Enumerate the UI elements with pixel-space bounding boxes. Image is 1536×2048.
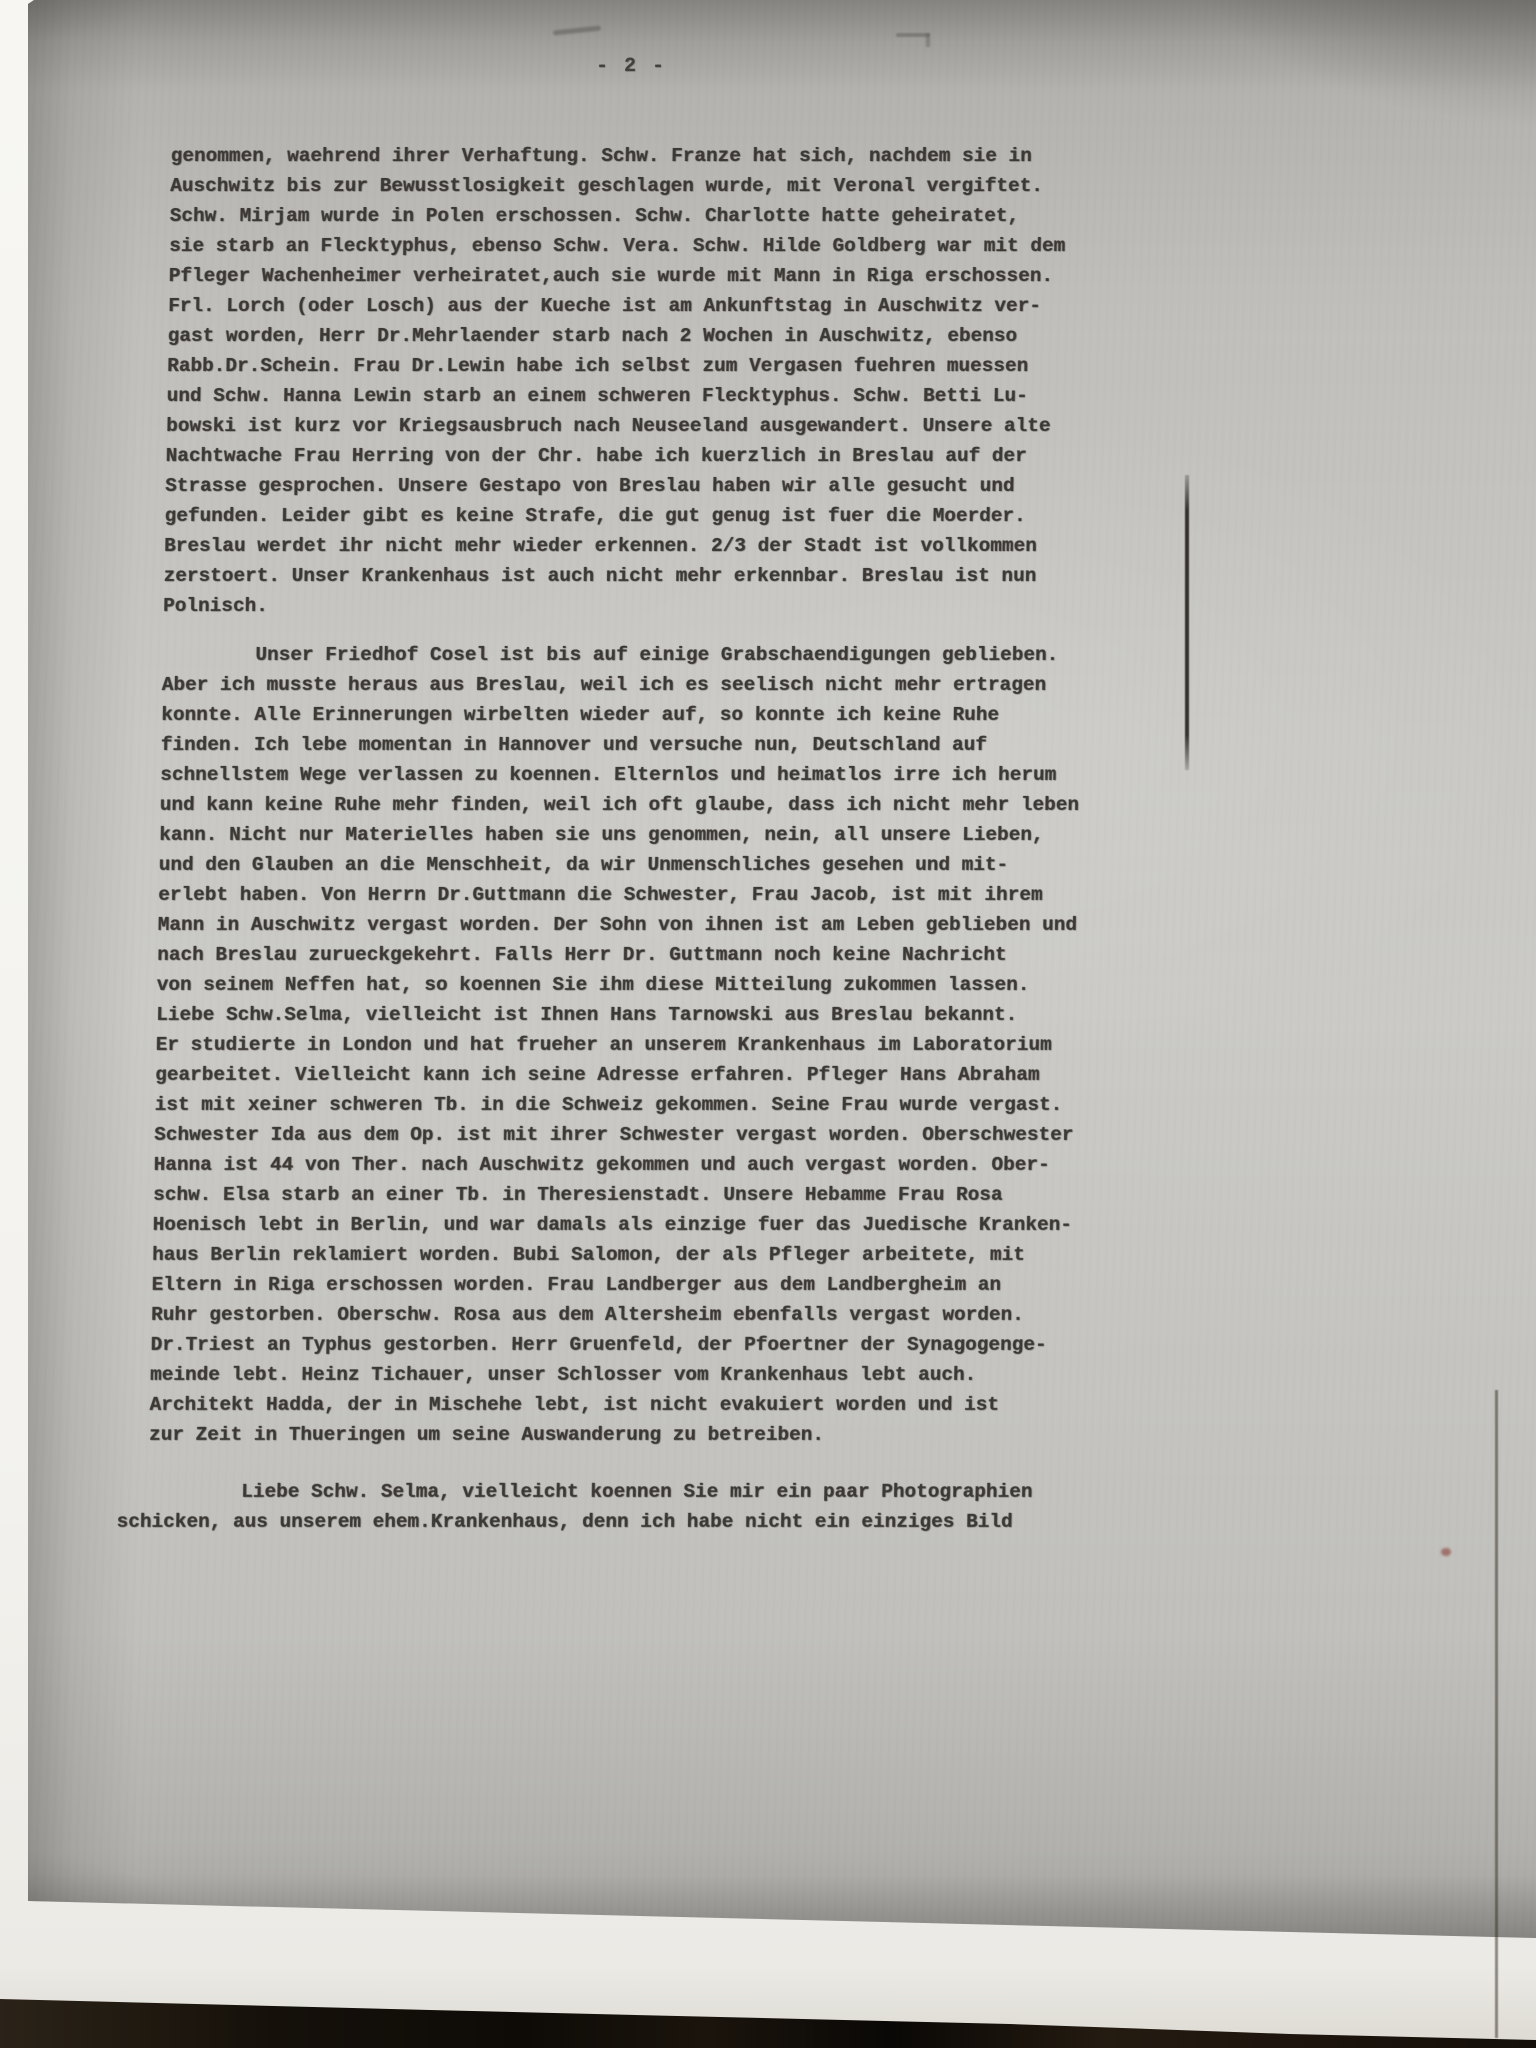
text-line: schicken, aus unserem ehem.Krankenhaus, … <box>116 1507 1148 1537</box>
text-line: und kann keine Ruhe mehr finden, weil ic… <box>160 790 1161 820</box>
text-line: schw. Elsa starb an einer Tb. in Theresi… <box>153 1180 1154 1210</box>
text-line: Auschwitz bis zur Bewusstlosigkeit gesch… <box>170 171 1171 201</box>
text-line: Liebe Schw. Selma, vielleicht koennen Si… <box>148 1477 1149 1507</box>
page-number: - 2 - <box>596 55 666 78</box>
text-line: Liebe Schw.Selma, vielleicht ist Ihnen H… <box>156 1000 1157 1030</box>
letter-page: - 2 - genommen, waehrend ihrer Verhaftun… <box>28 0 1536 1945</box>
text-line: Rabb.Dr.Schein. Frau Dr.Lewin habe ich s… <box>167 351 1168 381</box>
text-line: zur Zeit in Thueringen um seine Auswande… <box>149 1420 1150 1450</box>
text-line: haus Berlin reklamiert worden. Bubi Salo… <box>152 1240 1153 1270</box>
text-line: Breslau werdet ihr nicht mehr wieder erk… <box>164 531 1165 561</box>
text-line: Eltern in Riga erschossen worden. Frau L… <box>151 1270 1152 1300</box>
text-line: gast worden, Herr Dr.Mehrlaender starb n… <box>167 321 1168 351</box>
text-line: Ruhr gestorben. Oberschw. Rosa aus dem A… <box>151 1300 1152 1330</box>
letter-body: genommen, waehrend ihrer Verhaftung. Sch… <box>147 141 1171 1537</box>
reddish-smudge-mark <box>1441 1548 1451 1556</box>
text-line: Nachtwache Frau Herring von der Chr. hab… <box>165 441 1166 471</box>
paragraph: genommen, waehrend ihrer Verhaftung. Sch… <box>163 141 1171 621</box>
paper-corner-crease-mark <box>896 33 930 37</box>
text-line: zerstoert. Unser Krankenhaus ist auch ni… <box>163 561 1164 591</box>
text-line: Schw. Mirjam wurde in Polen erschossen. … <box>169 201 1170 231</box>
text-line: Polnisch. <box>163 591 1164 621</box>
text-line: Hanna ist 44 von Ther. nach Auschwitz ge… <box>153 1150 1154 1180</box>
text-line: Er studierte in London und hat frueher a… <box>155 1030 1156 1060</box>
text-line: Mann in Auschwitz vergast worden. Der So… <box>157 910 1158 940</box>
text-line: Schwester Ida aus dem Op. ist mit ihrer … <box>154 1120 1155 1150</box>
text-line: ist mit xeiner schweren Tb. in die Schwe… <box>154 1090 1155 1120</box>
text-line: schnellstem Wege verlassen zu koennen. E… <box>160 760 1161 790</box>
text-line: gearbeitet. Vielleicht kann ich seine Ad… <box>155 1060 1156 1090</box>
text-line: Hoenisch lebt in Berlin, und war damals … <box>152 1210 1153 1240</box>
text-line: Architekt Hadda, der in Mischehe lebt, i… <box>149 1390 1150 1420</box>
scanned-letter-photo: - 2 - genommen, waehrend ihrer Verhaftun… <box>0 0 1536 2048</box>
text-line: Unser Friedhof Cosel ist bis auf einige … <box>162 640 1163 670</box>
paragraph: Liebe Schw. Selma, vielleicht koennen Si… <box>147 1477 1148 1537</box>
faint-vertical-line-mark <box>1495 1390 1498 2038</box>
text-line: erlebt haben. Von Herrn Dr.Guttmann die … <box>158 880 1159 910</box>
text-line: und den Glauben an die Menschheit, da wi… <box>158 850 1159 880</box>
text-line: genommen, waehrend ihrer Verhaftung. Sch… <box>170 141 1171 171</box>
paragraph: Unser Friedhof Cosel ist bis auf einige … <box>149 640 1163 1450</box>
text-line: Dr.Triest an Typhus gestorben. Herr Grue… <box>150 1330 1151 1360</box>
text-line: bowski ist kurz vor Kriegsausbruch nach … <box>166 411 1167 441</box>
text-line: meinde lebt. Heinz Tichauer, unser Schlo… <box>150 1360 1151 1390</box>
text-line: konnte. Alle Erinnerungen wirbelten wied… <box>161 700 1162 730</box>
text-line: sie starb an Flecktyphus, ebenso Schw. V… <box>169 231 1170 261</box>
text-line: Pfleger Wachenheimer verheiratet,auch si… <box>168 261 1169 291</box>
text-line: nach Breslau zurueckgekehrt. Falls Herr … <box>157 940 1158 970</box>
text-line: Aber ich musste heraus aus Breslau, weil… <box>162 670 1163 700</box>
text-line: Strasse gesprochen. Unsere Gestapo von B… <box>165 471 1166 501</box>
text-line: finden. Ich lebe momentan in Hannover un… <box>161 730 1162 760</box>
text-line: kann. Nicht nur Materielles haben sie un… <box>159 820 1160 850</box>
text-line: und Schw. Hanna Lewin starb an einem sch… <box>166 381 1167 411</box>
text-line: gefunden. Leider gibt es keine Strafe, d… <box>164 501 1165 531</box>
text-line: von seinem Neffen hat, so koennen Sie ih… <box>156 970 1157 1000</box>
stray-vertical-line-mark <box>1185 475 1189 770</box>
text-line: Frl. Lorch (oder Losch) aus der Kueche i… <box>168 291 1169 321</box>
